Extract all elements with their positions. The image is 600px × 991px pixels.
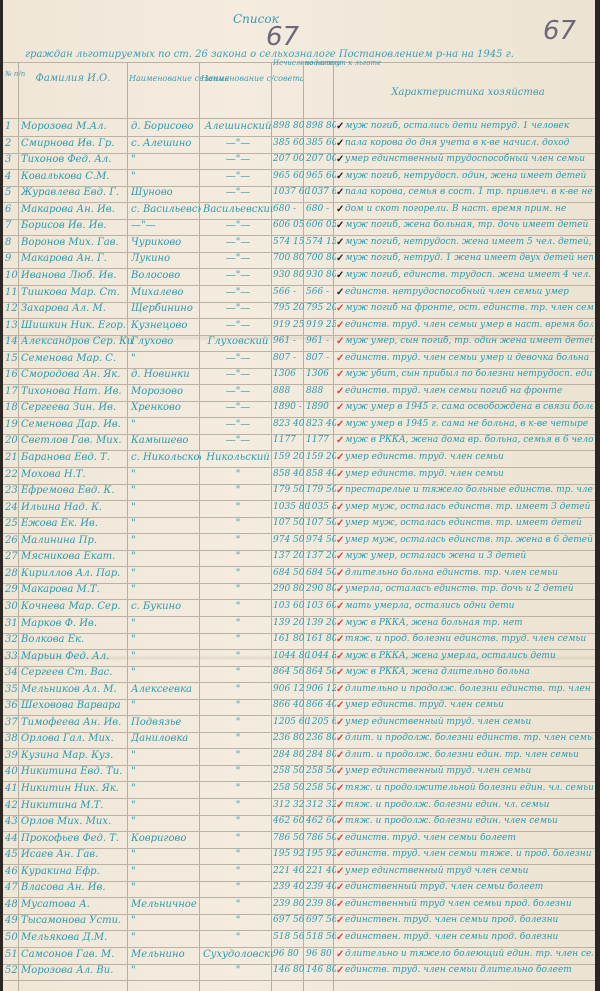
check-mark-icon: ✓ (336, 419, 344, 430)
village-name: " (131, 849, 201, 860)
row-number: 19 (5, 419, 21, 430)
household-description: муж умер в 1945 г. сама не больна, в к-в… (345, 419, 593, 429)
household-description: муж умер, осталась жена и 3 детей (345, 551, 593, 561)
row-number: 24 (5, 502, 21, 513)
row-number: 2 (5, 138, 21, 149)
tax-amount: 566 - (273, 287, 307, 297)
row-number: 41 (5, 783, 21, 794)
benefit-amount: 858 40 (306, 469, 336, 479)
village-name: Мельнино (131, 949, 201, 960)
selsovet-name: " (203, 634, 273, 645)
household-description: муж в РККА, жена длительно больна (345, 667, 593, 677)
household-description: умер единственный труд член семьи (345, 866, 593, 876)
village-name: " (131, 551, 201, 562)
table-row: 8Воронов Мих. Гав.Чуриково—"—574 15574 1… (3, 236, 595, 252)
household-description: единств. труд. член семьи болеет (345, 833, 593, 843)
row-number: 6 (5, 204, 21, 215)
tax-amount: 103 60 (273, 601, 307, 611)
household-description: умер муж, осталась единств. тр. жена в 6… (345, 535, 593, 545)
check-mark-icon: ✓ (336, 386, 344, 397)
household-description: тяж. и продолж. болезни един. чл. семьи (345, 800, 593, 810)
village-name: " (131, 932, 201, 943)
person-name: Власова Ан. Ив. (21, 882, 133, 893)
benefit-amount: 221 40 (306, 866, 336, 876)
household-description: умер единственный труд. член семьи (345, 766, 593, 776)
household-description: умер единств. труд. член семьи (345, 700, 593, 710)
table-row: 25Ежова Ек. Ив.""107 50107 50✓умер муж, … (3, 517, 595, 533)
benefit-amount: 1037 60 (306, 187, 336, 197)
tax-amount: 159 20 (273, 452, 307, 462)
row-number: 8 (5, 237, 21, 248)
table-row: 51Самсонов Гав. М.МельниноСухудоловский9… (3, 948, 595, 964)
village-name: " (131, 419, 201, 430)
person-name: Семенова Дар. Ив. (21, 419, 133, 430)
check-mark-icon: ✓ (336, 535, 344, 546)
benefit-amount: 807 - (306, 353, 336, 363)
row-number: 40 (5, 766, 21, 777)
household-description: умер муж, осталась единств. тр. имеет 3 … (345, 502, 593, 512)
village-name: с. Алешино (131, 138, 201, 149)
village-name: " (131, 651, 201, 662)
tax-amount: 1044 80 (273, 651, 307, 661)
row-number: 21 (5, 452, 21, 463)
check-mark-icon: ✓ (336, 237, 344, 248)
benefit-amount: 823 40 (306, 419, 336, 429)
village-name: Мельничное (131, 899, 201, 910)
page-number: 67 (543, 16, 576, 46)
table-row: 26Малинина Пр.""974 50974 50✓умер муж, о… (3, 534, 595, 550)
household-description: единств. нетрудоспособный член семьи уме… (345, 287, 593, 297)
selsovet-name: —"— (203, 187, 273, 198)
check-mark-icon: ✓ (336, 485, 344, 496)
row-number: 28 (5, 568, 21, 579)
row-number: 52 (5, 965, 21, 976)
household-description: муж в РККА, жена дома вр. больна, семья … (345, 435, 593, 445)
table-row: 47Власова Ан. Ив.""239 40239 40✓единстве… (3, 881, 595, 897)
selsovet-name: —"— (203, 237, 273, 248)
tax-amount: 207 00 (273, 154, 307, 164)
table-row: 50Мельякова Д.М.""518 56518 56✓единствен… (3, 931, 595, 947)
selsovet-name: " (203, 717, 273, 728)
check-mark-icon: ✓ (336, 253, 344, 264)
person-name: Тимофеева Ан. Ив. (21, 717, 133, 728)
village-name: " (131, 518, 201, 529)
household-description: единственный труд. член семьи болеет (345, 882, 593, 892)
person-name: Кириллов Ал. Пар. (21, 568, 133, 579)
check-mark-icon: ✓ (336, 849, 344, 860)
row-number: 51 (5, 949, 21, 960)
person-name: Кузина Мар. Куз. (21, 750, 133, 761)
person-name: Шишкин Ник. Егор. (21, 320, 133, 331)
benefit-amount: 700 80 (306, 253, 336, 263)
tax-amount: 1890 - (273, 402, 307, 412)
village-name: " (131, 866, 201, 877)
person-name: Мельников Ал. М. (21, 684, 133, 695)
household-description: умер единственный трудоспособный член се… (345, 154, 593, 164)
tax-amount: 161 80 (273, 634, 307, 644)
check-mark-icon: ✓ (336, 154, 344, 165)
selsovet-name: " (203, 518, 273, 529)
village-name: " (131, 882, 201, 893)
row-number: 33 (5, 651, 21, 662)
table-row: 29Макарова М.Т.""290 80290 80✓умерла, ос… (3, 583, 595, 599)
benefit-amount: 965 60 (306, 171, 336, 181)
check-mark-icon: ✓ (336, 452, 344, 463)
selsovet-name: " (203, 932, 273, 943)
selsovet-name: " (203, 551, 273, 562)
person-name: Орлов Мих. Мих. (21, 816, 133, 827)
selsovet-name: —"— (203, 154, 273, 165)
header-benefit: подлежит к льготе (305, 58, 335, 69)
benefit-amount: 107 50 (306, 518, 336, 528)
header-description: Характеристика хозяйства (353, 86, 583, 99)
benefit-amount: 574 15 (306, 237, 336, 247)
person-name: Мясникова Екат. (21, 551, 133, 562)
benefit-amount: 146 80 (306, 965, 336, 975)
benefit-amount: 1035 80 (306, 502, 336, 512)
village-name: Кузнецово (131, 320, 201, 331)
check-mark-icon: ✓ (336, 717, 344, 728)
table-row: 12Захарова Ал. М.Щербинино—"—795 20795 2… (3, 302, 595, 318)
person-name: Исаев Ан. Гав. (21, 849, 133, 860)
header-selsovet: Наименование с/совета (201, 72, 271, 85)
village-name: " (131, 485, 201, 496)
household-description: муж погиб, нетруд. 1 жена имеет двух дет… (345, 253, 593, 263)
benefit-amount: 139 20 (306, 618, 336, 628)
table-row: 41Никитин Ник. Як.""258 50258 50✓тяж. и … (3, 782, 595, 798)
selsovet-name: " (203, 700, 273, 711)
check-mark-icon: ✓ (336, 800, 344, 811)
row-number: 13 (5, 320, 21, 331)
check-mark-icon: ✓ (336, 618, 344, 629)
selsovet-name: " (203, 469, 273, 480)
person-name: Смородова Ан. Як. (21, 369, 133, 380)
benefit-amount: 684 50 (306, 568, 336, 578)
header-tax: Исчислено налогу (273, 58, 305, 69)
benefit-amount: 137 20 (306, 551, 336, 561)
benefit-amount: 906 12 (306, 684, 336, 694)
selsovet-name: —"— (203, 369, 273, 380)
selsovet-name: " (203, 800, 273, 811)
person-name: Тишкова Мар. Ст. (21, 287, 133, 298)
row-number: 35 (5, 684, 21, 695)
selsovet-name: —"— (203, 253, 273, 264)
check-mark-icon: ✓ (336, 634, 344, 645)
row-number: 42 (5, 800, 21, 811)
tax-amount: 930 80 (273, 270, 307, 280)
person-name: Малинина Пр. (21, 535, 133, 546)
household-description: длительно больна единств. тр. член семьи (345, 568, 593, 578)
village-name: с. Васильевское (131, 204, 201, 215)
table-row: 33Марьин Фед. Ал.""1044 801044 80✓муж в … (3, 650, 595, 666)
selsovet-name: " (203, 584, 273, 595)
household-description: пала корова до дня учета в к-ве начисл. … (345, 138, 593, 148)
person-name: Морозова М.Ал. (21, 121, 133, 132)
check-mark-icon: ✓ (336, 568, 344, 579)
village-name: Лукино (131, 253, 201, 264)
table-row: 39Кузина Мар. Куз.""284 80284 80✓длит. и… (3, 749, 595, 765)
village-name: Щербинино (131, 303, 201, 314)
check-mark-icon: ✓ (336, 270, 344, 281)
benefit-amount: 258 50 (306, 766, 336, 776)
check-mark-icon: ✓ (336, 138, 344, 149)
village-name: Михалево (131, 287, 201, 298)
village-name: Морозово (131, 386, 201, 397)
table-row: 19Семенова Дар. Ив."—"—823 40823 40✓муж … (3, 418, 595, 434)
household-description: длительно и тяжело болеющий един. тр. чл… (345, 949, 593, 959)
household-description: тяж. и продолжительной болезни един. чл.… (345, 783, 593, 793)
row-number: 27 (5, 551, 21, 562)
village-name: с. Никольское (131, 452, 201, 463)
table-row: 36Шеховова Варвара""866 40866 40✓умер ед… (3, 699, 595, 715)
selsovet-name: " (203, 965, 273, 976)
household-description: умер единств. труд. член семьи (345, 469, 593, 479)
check-mark-icon: ✓ (336, 601, 344, 612)
benefit-amount: 290 80 (306, 584, 336, 594)
selsovet-name: —"— (203, 303, 273, 314)
table-row: 15Семенова Мар. С."—"—807 -807 -✓единств… (3, 352, 595, 368)
person-name: Морозова Ал. Ви. (21, 965, 133, 976)
benefit-amount: 239 40 (306, 882, 336, 892)
village-name: " (131, 915, 201, 926)
household-description: единствен. труд. член семьи прод. болезн… (345, 915, 593, 925)
table-row: 42Никитина М.Т.""312 32312 32✓тяж. и про… (3, 799, 595, 815)
row-number: 9 (5, 253, 21, 264)
benefit-amount: 888 (306, 386, 336, 396)
household-description: длит. и продолж. болезни един. тр. член … (345, 750, 593, 760)
tax-amount: 1177 (273, 435, 307, 445)
tax-amount: 179 50 (273, 485, 307, 495)
check-mark-icon: ✓ (336, 584, 344, 595)
row-number: 7 (5, 220, 21, 231)
tax-amount: 965 60 (273, 171, 307, 181)
person-name: Ильина Над. К. (21, 502, 133, 513)
check-mark-icon: ✓ (336, 303, 344, 314)
selsovet-name: Сухудоловский (203, 949, 273, 960)
village-name: " (131, 535, 201, 546)
person-name: Тихонов Фед. Ал. (21, 154, 133, 165)
benefit-amount: 385 60 (306, 138, 336, 148)
village-name: " (131, 154, 201, 165)
household-description: муж погиб, нетрудосп. жена имеет 5 чел. … (345, 237, 593, 247)
village-name: д. Новинки (131, 369, 201, 380)
benefit-amount: 1044 80 (306, 651, 336, 661)
tax-amount: 258 50 (273, 766, 307, 776)
person-name: Захарова Ал. М. (21, 303, 133, 314)
row-number: 20 (5, 435, 21, 446)
check-mark-icon: ✓ (336, 750, 344, 761)
benefit-amount: 974 50 (306, 535, 336, 545)
benefit-amount: 96 80 (306, 949, 336, 959)
household-description: дом и скот погорели. В наст. время прим.… (345, 204, 593, 214)
person-name: Шеховова Варвара (21, 700, 133, 711)
village-name: " (131, 584, 201, 595)
tax-amount: 462 60 (273, 816, 307, 826)
tax-amount: 898 80 (273, 121, 307, 131)
selsovet-name: Алешинский (203, 121, 273, 132)
village-name: " (131, 171, 201, 182)
household-description: длительно и продолж. болезни единств. тр… (345, 684, 593, 694)
check-mark-icon: ✓ (336, 369, 344, 380)
household-description: умерла, осталась единств. тр. дочь и 2 д… (345, 584, 593, 594)
selsovet-name: —"— (203, 171, 273, 182)
benefit-amount: 161 80 (306, 634, 336, 644)
selsovet-name: " (203, 667, 273, 678)
check-mark-icon: ✓ (336, 220, 344, 231)
selsovet-name: " (203, 899, 273, 910)
tax-amount: 795 20 (273, 303, 307, 313)
person-name: Иванова Люб. Ив. (21, 270, 133, 281)
row-number: 5 (5, 187, 21, 198)
tax-amount: 974 50 (273, 535, 307, 545)
table-row: 9Макарова Ан. Г.Лукино—"—700 80700 80✓му… (3, 252, 595, 268)
tax-amount: 858 40 (273, 469, 307, 479)
person-name: Сергеева Зин. Ив. (21, 402, 133, 413)
table-row: 28Кириллов Ал. Пар.""684 50684 50✓длител… (3, 567, 595, 583)
tax-amount: 574 15 (273, 237, 307, 247)
household-description: муж убит, сын прибыл по болезни нетрудос… (345, 369, 593, 379)
check-mark-icon: ✓ (336, 783, 344, 794)
person-name: Сергеев Ст. Вас. (21, 667, 133, 678)
person-name: Куракина Ефр. (21, 866, 133, 877)
tax-amount: 961 - (273, 336, 307, 346)
row-number: 38 (5, 733, 21, 744)
person-name: Мельякова Д.М. (21, 932, 133, 943)
benefit-amount: 566 - (306, 287, 336, 297)
village-name: " (131, 700, 201, 711)
check-mark-icon: ✓ (336, 402, 344, 413)
check-mark-icon: ✓ (336, 336, 344, 347)
row-number: 15 (5, 353, 21, 364)
table-row: 13Шишкин Ник. Егор.Кузнецово—"—919 25919… (3, 319, 595, 335)
check-mark-icon: ✓ (336, 667, 344, 678)
row-number: 26 (5, 535, 21, 546)
tax-amount: 96 80 (273, 949, 307, 959)
person-name: Марьин Фед. Ал. (21, 651, 133, 662)
village-name: Ковригово (131, 833, 201, 844)
table-row: 23Ефремова Евд. К.""179 50179 50✓престар… (3, 484, 595, 500)
village-name: Камышево (131, 435, 201, 446)
tax-amount: 823 40 (273, 419, 307, 429)
household-description: единственный труд член семьи прод. болез… (345, 899, 593, 909)
table-row: 49Тысамонова Усти.""697 56697 56✓единств… (3, 914, 595, 930)
selsovet-name: " (203, 651, 273, 662)
row-number: 23 (5, 485, 21, 496)
selsovet-name: —"— (203, 138, 273, 149)
benefit-amount: 795 20 (306, 303, 336, 313)
person-name: Мохова Н.Т. (21, 469, 133, 480)
table-row: 37Тимофеева Ан. Ив.Подвязье"1205 601205 … (3, 716, 595, 732)
table-row: 5Журавлева Евд. Г.Шуново—"—1037 601037 6… (3, 186, 595, 202)
header-village: Наименование селения (129, 72, 199, 85)
person-name: Ефремова Евд. К. (21, 485, 133, 496)
tax-amount: 312 32 (273, 800, 307, 810)
tax-amount: 107 50 (273, 518, 307, 528)
check-mark-icon: ✓ (336, 766, 344, 777)
row-number: 14 (5, 336, 21, 347)
check-mark-icon: ✓ (336, 518, 344, 529)
village-name: Волосово (131, 270, 201, 281)
check-mark-icon: ✓ (336, 171, 344, 182)
tax-amount: 139 20 (273, 618, 307, 628)
tax-amount: 284 80 (273, 750, 307, 760)
village-name: д. Борисово (131, 121, 201, 132)
table-row: 27Мясникова Екат.""137 20137 20✓муж умер… (3, 550, 595, 566)
household-description: муж погиб, единств. трудосп. жена имеет … (345, 270, 593, 280)
row-number: 36 (5, 700, 21, 711)
benefit-amount: 518 56 (306, 932, 336, 942)
tax-amount: 290 80 (273, 584, 307, 594)
household-description: пала корова, семья в сост. 1 тр. привлеч… (345, 187, 593, 197)
selsovet-name: —"— (203, 402, 273, 413)
village-name: " (131, 783, 201, 794)
row-number: 47 (5, 882, 21, 893)
selsovet-name: " (203, 766, 273, 777)
rule-line (3, 980, 595, 981)
household-description: престарелые и тяжело больные единств. тр… (345, 485, 593, 495)
village-name: " (131, 667, 201, 678)
tax-amount: 697 56 (273, 915, 307, 925)
row-number: 50 (5, 932, 21, 943)
tax-amount: 786 50 (273, 833, 307, 843)
selsovet-name: " (203, 816, 273, 827)
benefit-amount: 1177 (306, 435, 336, 445)
tax-amount: 1037 60 (273, 187, 307, 197)
check-mark-icon: ✓ (336, 700, 344, 711)
household-description: муж умер, сын погиб, тр. один жена имеет… (345, 336, 593, 346)
selsovet-name: —"— (203, 287, 273, 298)
benefit-amount: 606 05 (306, 220, 336, 230)
person-name: Прокофьев Фед. Т. (21, 833, 133, 844)
tax-amount: 684 50 (273, 568, 307, 578)
household-description: единств. труд. член семьи умер и девочка… (345, 353, 593, 363)
household-description: муж умер в 1945 г. сама освобождена в св… (345, 402, 593, 412)
tax-amount: 239 80 (273, 899, 307, 909)
table-row: 46Куракина Ефр.""221 40221 40✓умер единс… (3, 865, 595, 881)
table-row: 34Сергеев Ст. Вас.""864 56864 56✓муж в Р… (3, 666, 595, 682)
person-name: Ковалькова С.М. (21, 171, 133, 182)
table-row: 48Мусатова А.Мельничное"239 80239 80✓еди… (3, 898, 595, 914)
person-name: Макарова Ан. Г. (21, 253, 133, 264)
tax-amount: 236 80 (273, 733, 307, 743)
household-description: единств. труд. член семьи тяже. и прод. … (345, 849, 593, 859)
household-description: муж в РККА, жена умерла, остались дети (345, 651, 593, 661)
row-number: 43 (5, 816, 21, 827)
village-name: " (131, 965, 201, 976)
person-name: Семенова Мар. С. (21, 353, 133, 364)
table-row: 45Исаев Ан. Гав.""195 92195 92✓единств. … (3, 848, 595, 864)
benefit-amount: 786 50 (306, 833, 336, 843)
row-number: 11 (5, 287, 21, 298)
village-name: " (131, 816, 201, 827)
person-name: Никитин Ник. Як. (21, 783, 133, 794)
tax-amount: 888 (273, 386, 307, 396)
check-mark-icon: ✓ (336, 882, 344, 893)
person-name: Самсонов Гав. М. (21, 949, 133, 960)
person-name: Кочнева Мар. Сер. (21, 601, 133, 612)
selsovet-name: " (203, 783, 273, 794)
household-description: единств. труд. член семьи умер в наст. в… (345, 320, 593, 330)
selsovet-name: " (203, 733, 273, 744)
check-mark-icon: ✓ (336, 949, 344, 960)
benefit-amount: 1205 60 (306, 717, 336, 727)
check-mark-icon: ✓ (336, 899, 344, 910)
selsovet-name: " (203, 833, 273, 844)
village-name: Алексеевка (131, 684, 201, 695)
person-name: Смирнова Ив. Гр. (21, 138, 133, 149)
person-name: Журавлева Евд. Г. (21, 187, 133, 198)
tax-amount: 195 92 (273, 849, 307, 859)
